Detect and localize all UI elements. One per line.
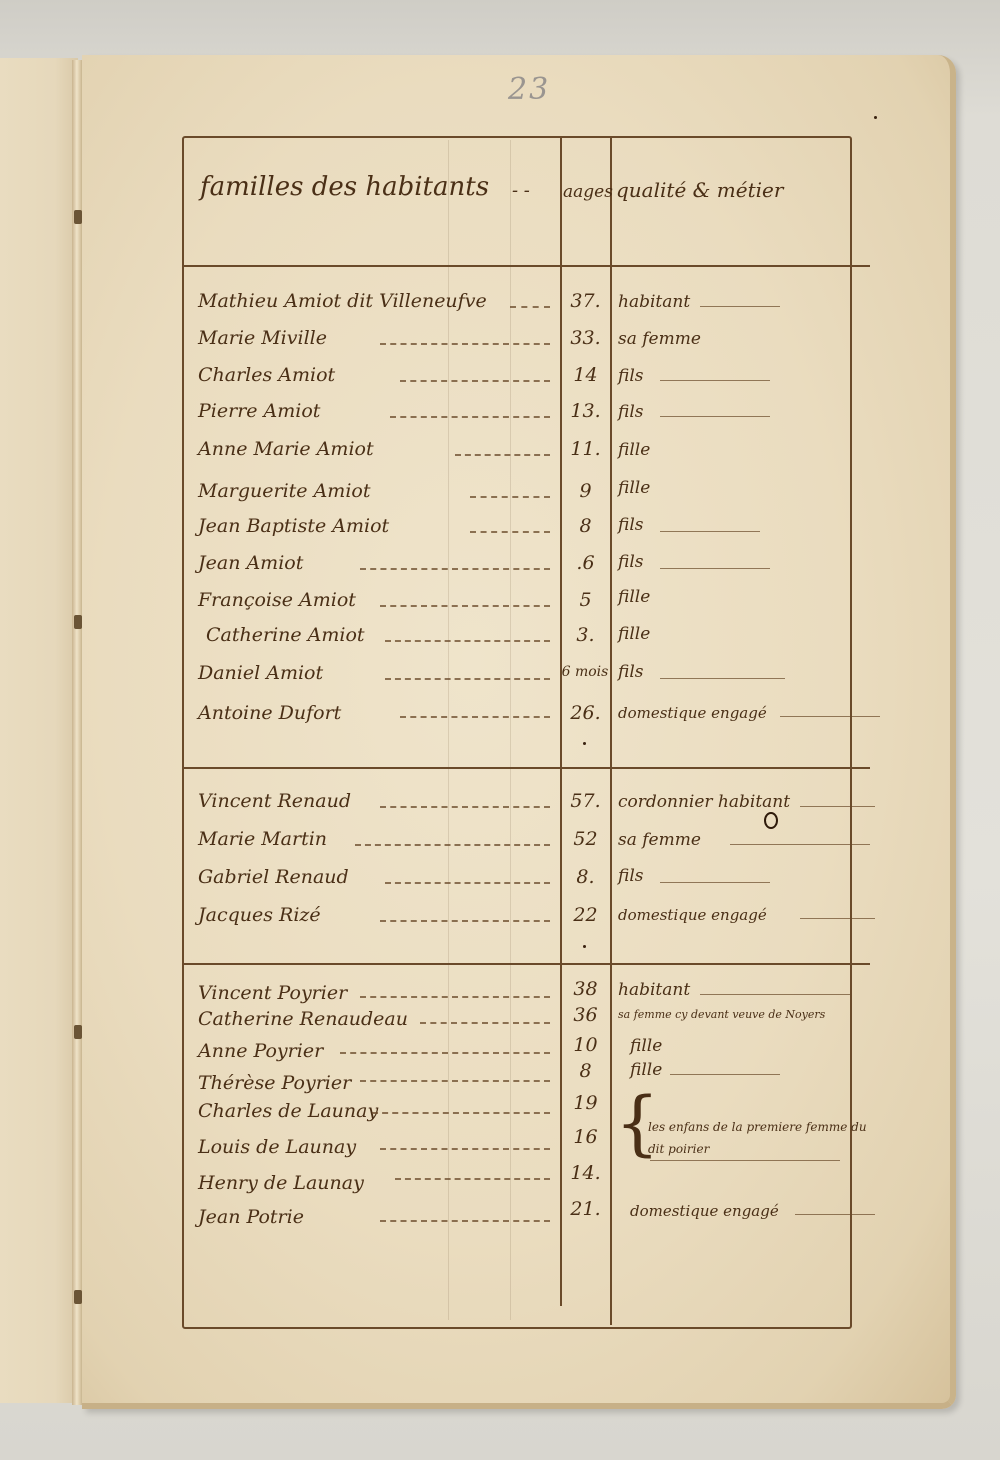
header-divider <box>182 265 870 267</box>
member-name: Vincent Renaud <box>198 790 351 812</box>
member-name: Antoine Dufort <box>198 702 341 724</box>
member-name: Vincent Poyrier <box>198 982 347 1004</box>
member-age: 57. <box>563 790 608 812</box>
household-divider <box>182 767 870 769</box>
member-quality: fils <box>618 662 644 682</box>
ink-blot <box>764 812 778 829</box>
member-quality: fils <box>618 366 644 386</box>
header-families: familles des habitants <box>200 172 489 202</box>
member-name: Marie Martin <box>198 828 327 850</box>
left-page-edge <box>0 58 78 1403</box>
line-tail <box>800 918 875 919</box>
leader-dashes <box>380 343 550 345</box>
member-age: 5 <box>563 589 608 611</box>
member-quality: domestique engagé <box>618 704 767 722</box>
leader-dashes <box>455 454 550 456</box>
page-number: 23 <box>508 72 550 107</box>
member-age: 37. <box>563 290 608 312</box>
line-tail <box>660 380 770 381</box>
member-age: 14. <box>563 1162 608 1184</box>
leader-dashes <box>380 605 550 607</box>
line-tail <box>670 1074 780 1075</box>
header-dashes: - - <box>512 180 530 201</box>
line-tail <box>800 806 875 807</box>
member-age: 8 <box>563 1060 608 1082</box>
member-quality: sa femme <box>618 329 701 349</box>
binding-stitch <box>74 615 82 629</box>
leader-dashes <box>510 306 550 308</box>
member-quality: habitant <box>618 980 690 1000</box>
member-name: Mathieu Amiot dit Villeneufve <box>198 290 487 312</box>
ink-dot <box>583 945 586 948</box>
line-tail <box>660 882 770 883</box>
member-quality: fille <box>630 1036 662 1056</box>
line-tail <box>730 844 870 845</box>
member-age: 22 <box>563 904 608 926</box>
quality-column-divider <box>610 136 612 1325</box>
member-name: Marguerite Amiot <box>198 480 370 502</box>
member-quality: fille <box>618 587 650 607</box>
leader-dashes <box>380 920 550 922</box>
leader-dashes <box>380 806 550 808</box>
member-name: Françoise Amiot <box>198 589 356 611</box>
member-name: Jean Baptiste Amiot <box>198 515 389 537</box>
member-name: Henry de Launay <box>198 1172 364 1194</box>
member-quality: fils <box>618 552 644 572</box>
member-name: Jacques Rizé <box>198 904 321 926</box>
leader-dashes <box>395 1178 550 1180</box>
member-age: 8. <box>563 866 608 888</box>
member-name: Anne Poyrier <box>198 1040 323 1062</box>
line-tail <box>660 678 785 679</box>
leader-dashes <box>385 882 550 884</box>
leader-dashes <box>355 844 550 846</box>
member-name: Pierre Amiot <box>198 400 320 422</box>
ink-dot <box>874 116 877 119</box>
line-tail <box>660 568 770 569</box>
header-quality: qualité & métier <box>616 178 783 202</box>
leader-dashes <box>360 996 550 998</box>
household-divider <box>182 963 870 965</box>
member-age: 13. <box>563 400 608 422</box>
binding-stitch <box>74 210 82 224</box>
line-tail <box>700 994 850 995</box>
bracket-note: les enfans de la premiere femme du dit p… <box>648 1116 868 1160</box>
member-quality: fils <box>618 866 644 886</box>
member-name: Jean Amiot <box>198 552 303 574</box>
member-age: 36 <box>563 1004 608 1026</box>
leader-dashes <box>380 1148 550 1150</box>
member-age: 10 <box>563 1034 608 1056</box>
ink-dot <box>583 742 586 745</box>
leader-dashes <box>400 716 550 718</box>
member-age: 21. <box>563 1198 608 1220</box>
member-quality: fille <box>618 624 650 644</box>
age-column-divider <box>560 136 562 1306</box>
member-age: 8 <box>563 515 608 537</box>
member-name: Daniel Amiot <box>198 662 323 684</box>
leader-dashes <box>390 416 550 418</box>
member-quality: habitant <box>618 292 690 312</box>
member-quality: fils <box>618 402 644 422</box>
member-quality: fille <box>630 1060 662 1080</box>
binding-stitch <box>74 1025 82 1039</box>
line-tail <box>700 306 780 307</box>
member-name: Catherine Amiot <box>206 624 365 646</box>
leader-dashes <box>420 1022 550 1024</box>
leader-dashes <box>400 380 550 382</box>
header-age: aages <box>563 182 613 202</box>
member-quality: fils <box>618 515 644 535</box>
member-quality: domestique engagé <box>630 1202 779 1220</box>
line-tail <box>795 1214 875 1215</box>
member-name: Louis de Launay <box>198 1136 356 1158</box>
member-age: 19 <box>563 1092 608 1114</box>
binding-stitch <box>74 1290 82 1304</box>
member-name: Charles Amiot <box>198 364 335 386</box>
leader-dashes <box>360 1080 550 1082</box>
member-quality: sa femme cy devant veuve de Noyers <box>618 1008 825 1021</box>
line-tail <box>660 531 760 532</box>
leader-dashes <box>340 1052 550 1054</box>
leader-dashes <box>380 1220 550 1222</box>
member-name: Jean Potrie <box>198 1206 304 1228</box>
member-name: Gabriel Renaud <box>198 866 349 888</box>
leader-dashes <box>470 531 550 533</box>
member-quality: fille <box>618 478 650 498</box>
leader-dashes <box>385 640 550 642</box>
member-age: 26. <box>563 702 608 724</box>
member-name: Charles de Launay <box>198 1100 378 1122</box>
leader-dashes <box>385 678 550 680</box>
member-age: 3. <box>563 624 608 646</box>
line-tail <box>780 716 880 717</box>
leader-dashes <box>470 496 550 498</box>
faint-guide-line <box>510 140 511 1320</box>
member-quality: fille <box>618 440 650 460</box>
member-age: 52 <box>563 828 608 850</box>
leader-dashes <box>372 1112 550 1114</box>
member-age: 38 <box>563 978 608 1000</box>
member-name: Anne Marie Amiot <box>198 438 374 460</box>
member-age: 11. <box>563 438 608 460</box>
leader-dashes <box>360 568 550 570</box>
faint-guide-line <box>448 140 449 1320</box>
member-quality: sa femme <box>618 830 701 850</box>
member-age: 6 mois <box>561 664 609 680</box>
line-tail <box>650 1160 840 1161</box>
line-tail <box>660 416 770 417</box>
member-age: 33. <box>563 327 608 349</box>
member-age: .6 <box>563 552 608 574</box>
member-age: 14 <box>563 364 608 386</box>
member-quality: domestique engagé <box>618 906 767 924</box>
member-name: Thérèse Poyrier <box>198 1072 351 1094</box>
member-age: 16 <box>563 1126 608 1148</box>
member-name: Catherine Renaudeau <box>198 1008 408 1030</box>
member-age: 9 <box>563 480 608 502</box>
member-name: Marie Miville <box>198 327 327 349</box>
member-quality: cordonnier habitant <box>618 792 790 812</box>
